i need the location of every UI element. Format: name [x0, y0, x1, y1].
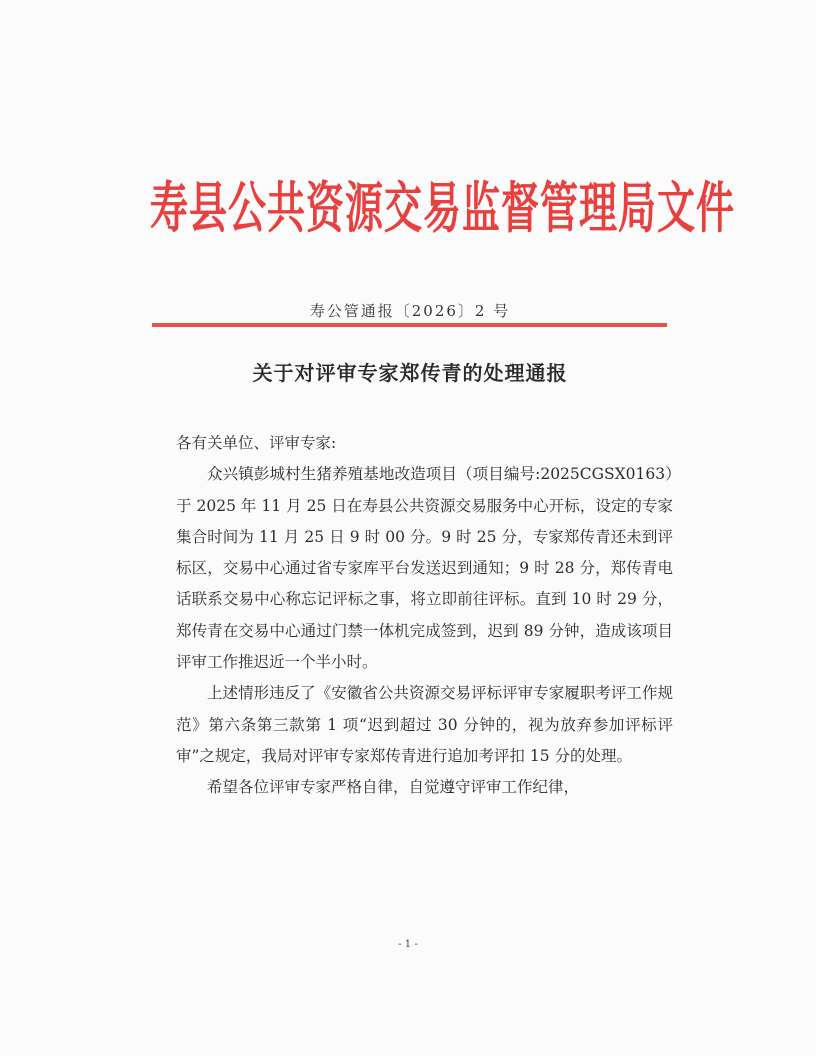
page-number: - 1 - — [0, 939, 816, 950]
paragraph-closing: 希望各位评审专家严格自律，自觉遵守评审工作纪律， — [176, 772, 673, 803]
document-page: 寿县公共资源交易监督管理局文件 寿公管通报〔2026〕2 号 关于对评审专家郑传… — [0, 0, 816, 1056]
issuer-header: 寿县公共资源交易监督管理局文件 — [150, 163, 670, 243]
red-divider-line — [152, 323, 667, 327]
salutation: 各有关单位、评审专家: — [176, 428, 673, 459]
document-body: 各有关单位、评审专家: 众兴镇彭城村生猪养殖基地改造项目（项目编号:2025CG… — [176, 428, 673, 804]
paragraph-ruling: 上述情形违反了《安徽省公共资源交易评标评审专家履职考评工作规范》第六条第三款第 … — [176, 678, 673, 772]
paragraph-incident: 众兴镇彭城村生猪养殖基地改造项目（项目编号:2025CGSX0163）于 202… — [176, 459, 673, 678]
document-title: 关于对评审专家郑传青的处理通报 — [150, 357, 670, 386]
document-number: 寿公管通报〔2026〕2 号 — [150, 300, 670, 321]
